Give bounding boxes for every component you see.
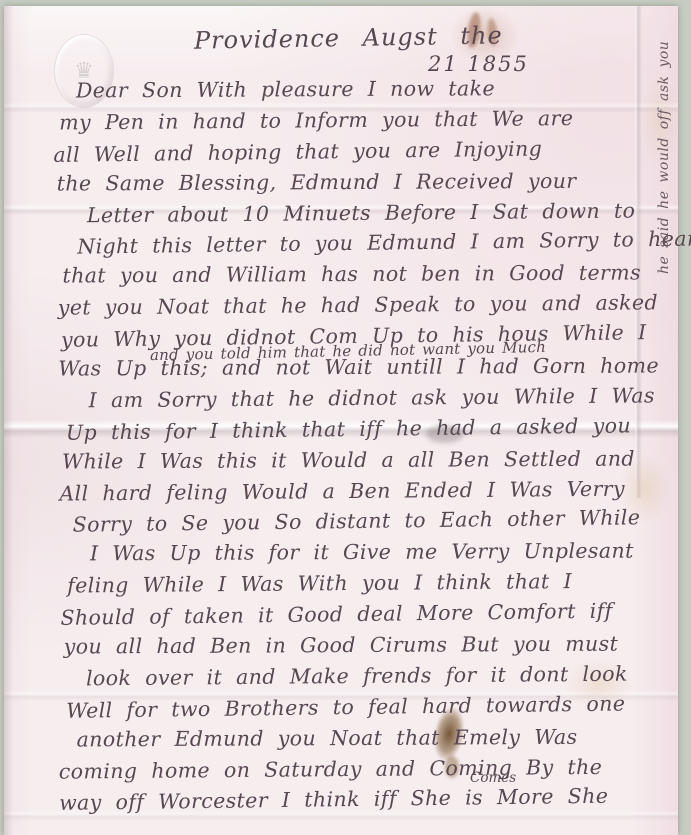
letter-heading-place: Providence Augst the [194,21,503,54]
handwriting-line: another Edmund you Noat that Emely Was [46,721,664,755]
interline-insertion: Comes [470,770,516,786]
letter-scan: ♛ Providence Augst the 21 1855 Dear Son … [0,0,691,835]
handwriting-line: Dear Son With pleasure I now take [41,72,659,106]
handwriting-line: you all had Ben in Good Cirums But you m… [46,628,664,662]
vertical-margin-note: he said he would off ask you [656,18,672,274]
handwriting-line: While I Was this it Would a all Ben Sett… [44,443,662,477]
handwriting-line: way off Worcester I think iff She is Mor… [47,780,665,819]
letter-paper: ♛ Providence Augst the 21 1855 Dear Son … [4,6,678,835]
letter-lines: Dear Son With pleasure I now takemy Pen … [41,71,665,818]
handwriting-line: that you and William has not ben in Good… [42,258,660,292]
handwriting-line: the Same Blessing, Edmund I Received you… [42,165,660,199]
handwriting-line: I Was Up this for it Give me Verry Unple… [45,536,663,570]
left-paper-edge [4,6,13,835]
